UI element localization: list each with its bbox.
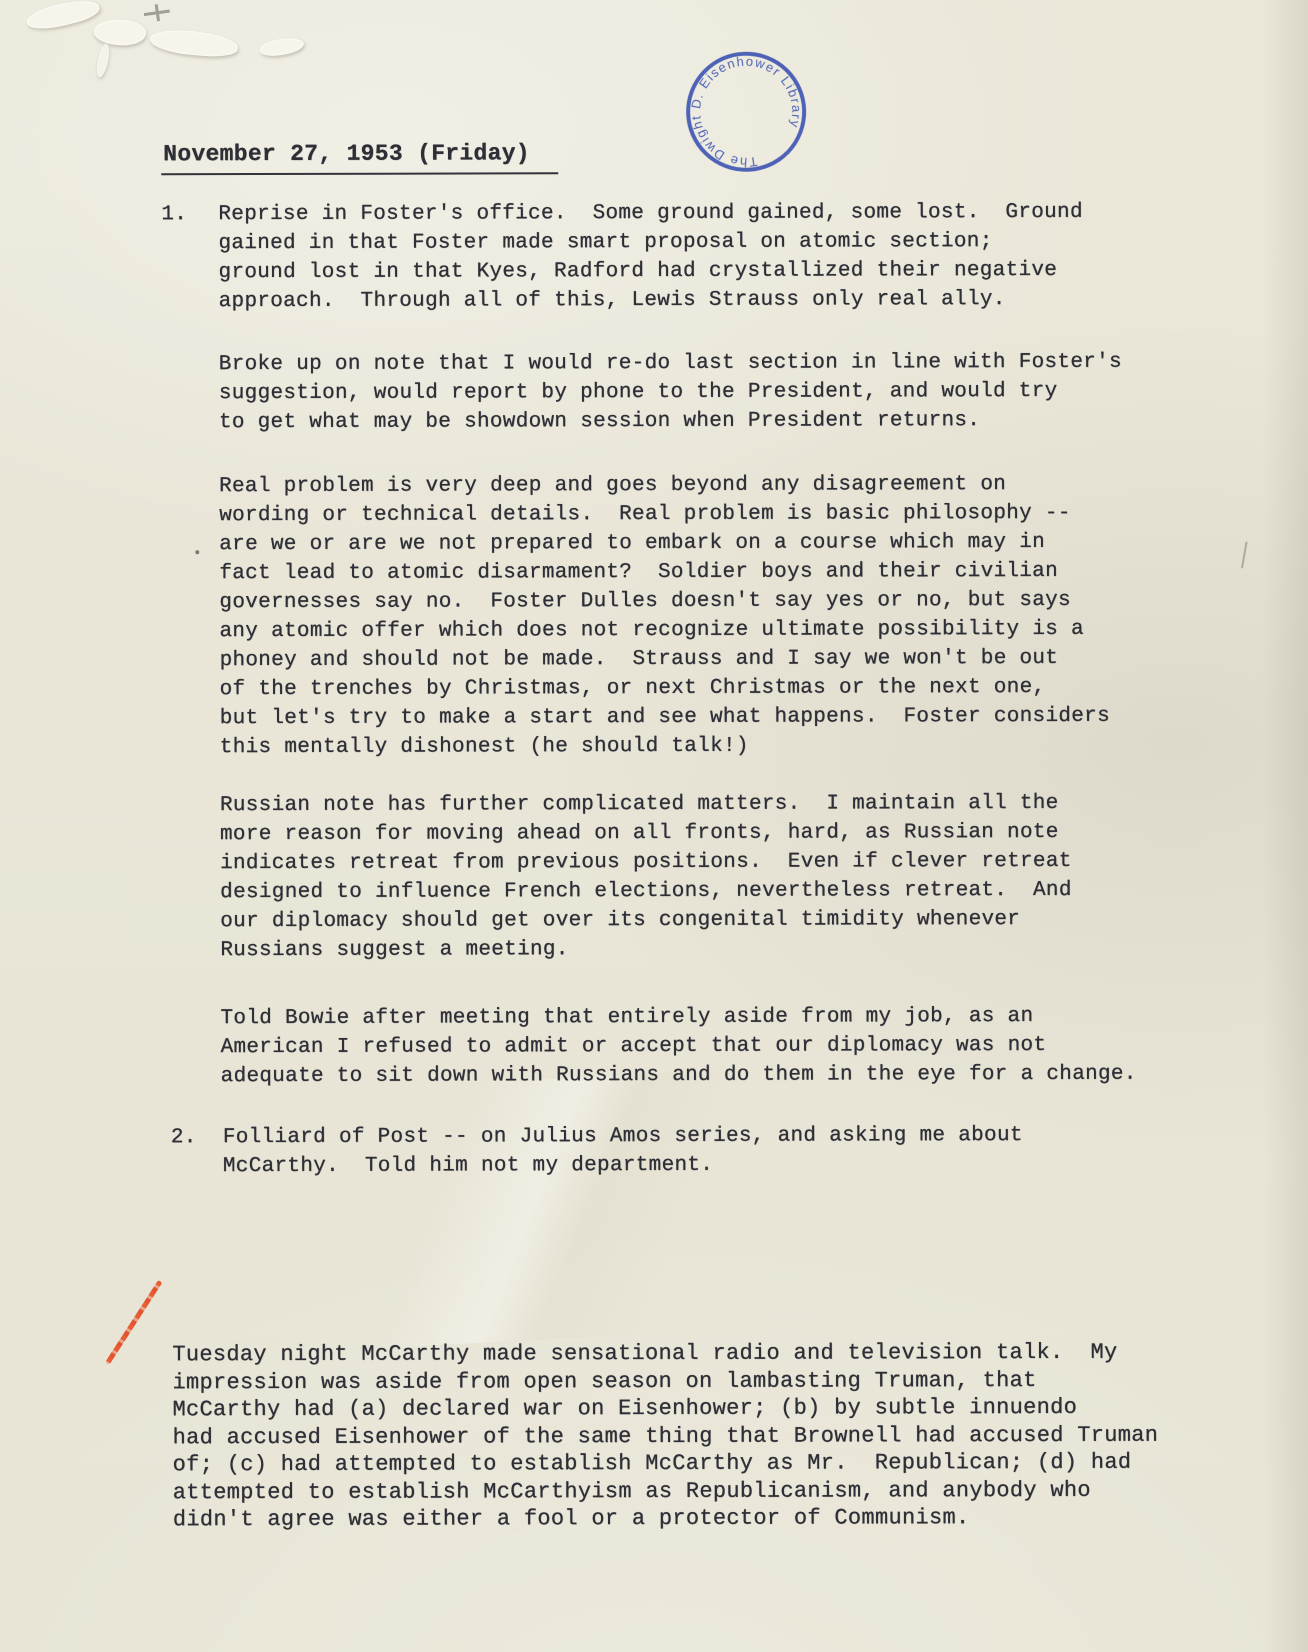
paper-tear-mark (259, 37, 304, 58)
library-stamp-text: The Dwight D. Eisenhower Library (673, 38, 820, 184)
date-heading: November 27, 1953 (Friday) (161, 139, 558, 175)
paper-tear-mark (24, 0, 101, 34)
entry-1-paragraph: Broke up on note that I would re-do last… (219, 348, 1122, 437)
entry-1-number: 1. (161, 200, 187, 229)
entry-2-paragraph: Folliard of Post -- on Julius Amos serie… (223, 1121, 1023, 1181)
entry-1-paragraph: Told Bowie after meeting that entirely a… (220, 1002, 1136, 1091)
paper-tear-mark (92, 16, 147, 49)
paper-tear-mark (149, 28, 238, 58)
library-stamp: The Dwight D. Eisenhower Library (658, 23, 835, 200)
faint-pencil-tick (1241, 541, 1248, 568)
document-page: The Dwight D. Eisenhower Library Novembe… (0, 0, 1308, 1652)
closing-paragraph: Tuesday night McCarthy made sensational … (172, 1339, 1158, 1534)
entry-2-number: 2. (171, 1123, 197, 1152)
ink-speck (195, 550, 199, 554)
red-pencil-mark (105, 1280, 162, 1365)
entry-1-paragraph: Real problem is very deep and goes beyon… (219, 470, 1110, 762)
paper-tear-mark (95, 43, 112, 78)
pencil-scratch-mark (144, 9, 170, 16)
entry-1-paragraph: Reprise in Foster's office. Some ground … (218, 198, 1083, 316)
entry-1-paragraph: Russian note has further complicated mat… (220, 789, 1072, 965)
svg-text:The Dwight D. Eisenhower Libra: The Dwight D. Eisenhower Library (673, 38, 820, 184)
